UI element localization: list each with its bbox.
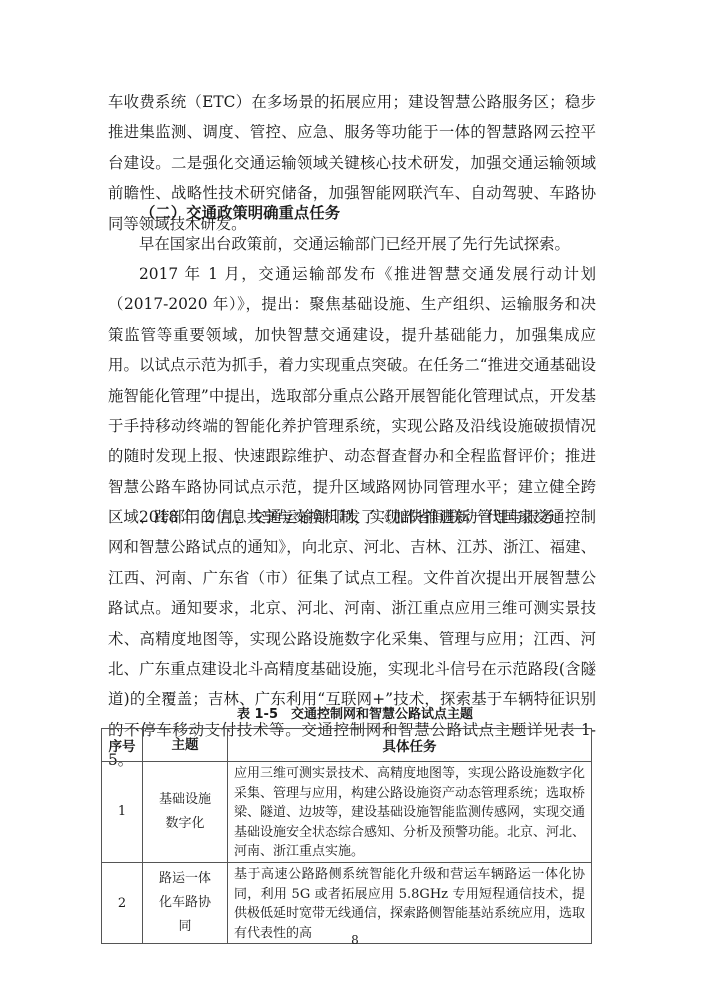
row-topic: 路运一体化车路协同 [143, 862, 228, 943]
table-header-row: 序号 主题 具体任务 [102, 729, 592, 762]
header-topic: 主题 [143, 729, 228, 762]
pilot-themes-table: 序号 主题 具体任务 1 基础设施数字化 应用三维可测实景技术、高精度地图等，实… [101, 728, 592, 944]
row-topic: 基础设施数字化 [143, 762, 228, 863]
row-number: 1 [102, 762, 143, 863]
document-page: 车收费系统（ETC）在多场景的拓展应用；建设智慧公路服务区；稳步推进集监测、调度… [0, 0, 710, 1004]
header-task: 具体任务 [228, 729, 592, 762]
paragraph-2017: 2017 年 1 月，交通运输部发布《推进智慧交通发展行动计划（2017-202… [108, 259, 596, 533]
row-number: 2 [102, 862, 143, 943]
table-caption: 表 1-5 交通控制网和智慧公路试点主题 [0, 703, 710, 722]
row-topic-text: 路运一体化车路协同 [153, 867, 217, 939]
page-number: 8 [0, 933, 710, 947]
header-number: 序号 [102, 729, 143, 762]
table-row: 2 路运一体化车路协同 基于高速公路路侧系统智能化升级和营运车辆路运一体化协同，… [102, 862, 592, 943]
row-task: 应用三维可测实景技术、高精度地图等，实现公路设施数字化采集、管理与应用，构建公路… [228, 762, 592, 863]
table-row: 1 基础设施数字化 应用三维可测实景技术、高精度地图等，实现公路设施数字化采集、… [102, 762, 592, 863]
row-task: 基于高速公路路侧系统智能化升级和营运车辆路运一体化协同，利用 5G 或者拓展应用… [228, 862, 592, 943]
row-topic-text: 基础设施数字化 [153, 788, 217, 836]
section-heading: （二）交通政策明确重点任务 [140, 198, 340, 228]
paragraph-intro: 早在国家出台政策前，交通运输部门已经开展了先行先试探索。 [108, 229, 596, 259]
